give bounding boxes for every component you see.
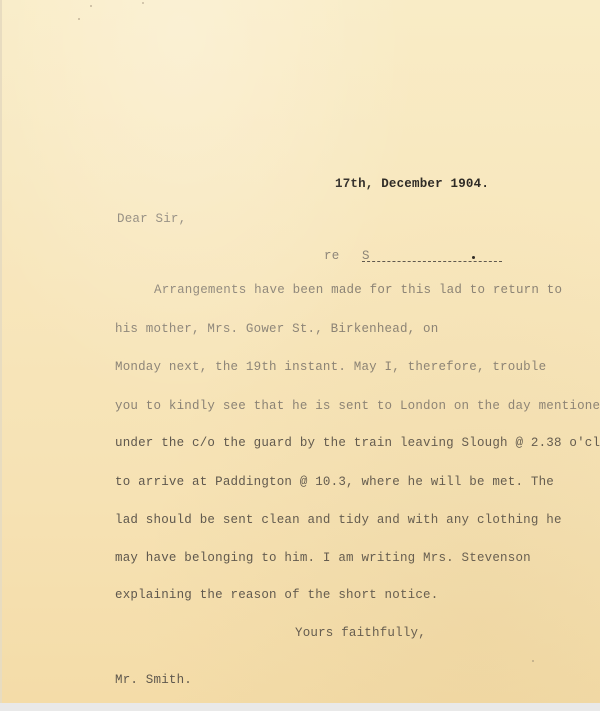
salutation: Dear Sir, <box>117 212 186 226</box>
body-line-8: may have belonging to him. I am writing … <box>115 551 531 565</box>
body-line-7: lad should be sent clean and tidy and wi… <box>115 513 562 527</box>
body-line-4: you to kindly see that he is sent to Lon… <box>115 399 600 413</box>
paper-speck <box>142 2 144 4</box>
addressee: Mr. Smith. <box>115 673 192 687</box>
paper-speck <box>90 5 92 7</box>
letter-date: 17th, December 1904. <box>335 177 489 191</box>
reference-period <box>472 256 475 259</box>
body-line-5: under the c/o the guard by the train lea… <box>115 436 600 450</box>
body-line-9: explaining the reason of the short notic… <box>115 588 438 602</box>
body-line-6: to arrive at Paddington @ 10.3, where he… <box>115 475 554 489</box>
body-line-2: his mother, Mrs. Gower St., Birkenhead, … <box>115 322 438 336</box>
reference-label: re <box>324 249 339 263</box>
paper-speck <box>532 660 534 662</box>
letter-page: 17th, December 1904. Dear Sir, re S Arra… <box>0 0 600 703</box>
scan-background-strip <box>0 703 600 711</box>
paper-speck <box>78 18 80 20</box>
closing: Yours faithfully, <box>295 626 426 640</box>
reference-redaction-line <box>362 261 502 262</box>
body-line-1: Arrangements have been made for this lad… <box>154 283 562 297</box>
body-line-3: Monday next, the 19th instant. May I, th… <box>115 360 546 374</box>
